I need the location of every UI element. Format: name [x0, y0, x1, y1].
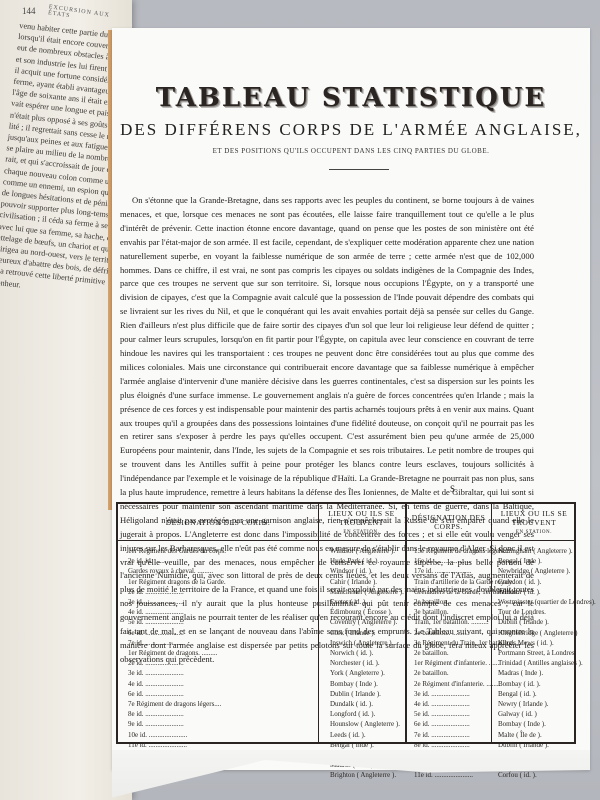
- header-label: DÉSIGNATION DES CORPS.: [166, 518, 271, 527]
- table-cell-corps: 10e id. ......................: [128, 730, 226, 740]
- statistics-table: DÉSIGNATION DES CORPS. LIEUX OU ILS SE T…: [116, 502, 576, 744]
- table-cell-lieu: Norwich ( id. ).: [330, 648, 404, 658]
- header-label: DÉSIGNATION DES CORPS.: [406, 513, 491, 531]
- table-cell-corps: 3e id. ......................: [128, 597, 226, 607]
- table-cell-lieu: Dublin ( Irlande ).: [498, 740, 596, 750]
- table-cell-corps: 5e id. ......................: [128, 617, 226, 627]
- table-cell-lieu: Windsor ( Angleterre ).: [330, 546, 404, 556]
- table-cell-lieu: York ( Angleterre ).: [330, 668, 404, 678]
- header-label: LIEUX OU ILS SE TROUVENT: [318, 509, 405, 527]
- header-corps-left: DÉSIGNATION DES CORPS.: [118, 504, 318, 540]
- header-lieux-right: LIEUX OU ILS SE TROUVENTEN STATION.: [492, 504, 576, 540]
- header-sublabel: EN STATION.: [343, 530, 379, 535]
- table-cell-lieu: Madras ( Inde ).: [498, 668, 596, 678]
- table-cell-corps: 2e id. id. ........: [128, 556, 226, 566]
- table-cell-lieu: Knightsbridge ( Angleterre ): [498, 628, 596, 638]
- header-label: LIEUX OU ILS SE TROUVENT: [492, 509, 576, 527]
- table-cell-lieu: Dublin ( Irlande ).: [498, 617, 596, 627]
- table-cell-lieu: Ipswich ( Angleterre ).: [330, 638, 404, 648]
- table-cell-lieu: Bombay ( id. ).: [498, 679, 596, 689]
- table-cell-lieu: Westminster (quartier de Londres).: [498, 597, 596, 607]
- header-divider: [118, 540, 574, 541]
- table-cell-corps: 4e id. ......................: [128, 607, 226, 617]
- table-cell-lieu: Norchester ( id. ).: [330, 658, 404, 668]
- folded-sheet: TABLEAU STATISTIQUE DES DIFFÉRENS CORPS …: [112, 28, 590, 770]
- table-cell-lieu: Cork ( Irlande ).: [330, 628, 404, 638]
- table-cell-lieu: Manchester ( Angleterre ).: [330, 587, 404, 597]
- table-cell-lieu: Bombay ( Inde ).: [498, 719, 596, 729]
- title-divider: [329, 169, 389, 170]
- page-number: 144: [22, 6, 36, 16]
- table-cell-corps: 7e id. ......................: [128, 638, 226, 648]
- table-cell-corps: 1er Régiment des Gardes du corps.: [128, 546, 226, 556]
- header-corps-right: DÉSIGNATION DES CORPS.: [406, 504, 491, 540]
- header-lieux-left: LIEUX OU ILS SE TROUVENTEN STATION.: [318, 504, 405, 540]
- table-cell-lieu: Dundalk ( id. ).: [330, 699, 404, 709]
- table-cell-lieu: Bombay ( Inde ).: [330, 679, 404, 689]
- table-cell-lieu: Coventry ( Angleterre ).: [330, 617, 404, 627]
- table-cell-lieu: Windsor ( id. ).: [498, 587, 596, 597]
- table-cell-lieu: Longford ( id. ).: [330, 709, 404, 719]
- table-cell-lieu: Brighton ( Angleterre ).: [330, 770, 404, 780]
- table-cell-lieu: Bengal ( Inde ).: [498, 556, 596, 566]
- table-cell-corps: 6e id. ......................: [128, 689, 226, 699]
- table-cell-lieu: Galway ( id. ): [498, 709, 596, 719]
- table-cell-corps: 3e id. ......................: [128, 668, 226, 678]
- table-cell-corps: 2e id. ......................: [128, 658, 226, 668]
- table-cell-lieu: Newry ( Irlande ).: [498, 699, 596, 709]
- table-cell-corps: 6e id. ......................: [128, 628, 226, 638]
- document-subtitle: DES DIFFÉRENS CORPS DE L'ARMÉE ANGLAISE,: [112, 120, 590, 140]
- left-corps-column: 1er Régiment des Gardes du corps.2e id. …: [128, 546, 226, 781]
- table-cell-lieu: Leeds ( id. ).: [330, 730, 404, 740]
- table-cell-lieu: Dublin ( Irlande ).: [330, 689, 404, 699]
- table-cell-lieu: Portmann Street, à Londres.: [498, 648, 596, 658]
- table-cell-lieu: Édimbourg ( Écosse ).: [330, 607, 404, 617]
- table-cell-corps: Gardes royaux à cheval. .........: [128, 566, 226, 576]
- table-cell-lieu: Newbridge ( Angleterre ).: [498, 566, 596, 576]
- table-cell-corps: 11e id. ......................: [128, 740, 226, 750]
- header-sublabel: EN STATION.: [516, 530, 552, 535]
- table-cell-lieu: Windsor ( id. ).: [330, 566, 404, 576]
- table-cell-lieu: Bengal ( id. ).: [498, 689, 596, 699]
- table-cell-corps: 4e id. ......................: [128, 679, 226, 689]
- table-cell-lieu: Exeter ( id. ).: [330, 597, 404, 607]
- table-cell-corps: 7e Régiment de dragons légers....: [128, 699, 226, 709]
- table-cell-lieu: Hyde-Park ( id. ).: [330, 556, 404, 566]
- table-cell-lieu: Corfou ( id. ).: [498, 770, 596, 780]
- signature: S.: [450, 484, 457, 494]
- left-lieux-column: Windsor ( Angleterre ).Hyde-Park ( id. )…: [330, 546, 404, 781]
- document-title: TABLEAU STATISTIQUE: [112, 83, 590, 113]
- table-cell-corps: 1er Régiment dragons de la Garde.: [128, 577, 226, 587]
- document-subtitle-small: ET DES POSITIONS QU'ILS OCCUPENT DANS LE…: [112, 147, 590, 155]
- table-cell-lieu: Bengal ( Inde ).: [330, 740, 404, 750]
- table-cell-lieu: King's Mews ( id. ).: [498, 638, 596, 648]
- table-cell-corps: 9e id. ......................: [128, 719, 226, 729]
- table-cell-corps: 8e id. ......................: [128, 709, 226, 719]
- right-lieux-column: Nottingham ( Angleterre ).Bengal ( Inde …: [498, 546, 596, 781]
- table-cell-lieu: Malte ( Île de ).: [498, 730, 596, 740]
- table-cell-lieu: Tour de Londres.: [498, 607, 596, 617]
- table-cell-corps: 2e id. ......................: [128, 587, 226, 597]
- table-cell-lieu: Trinidad ( Antilles anglaises ).: [498, 658, 596, 668]
- table-cell-lieu: Cahir ( Irlande ).: [330, 577, 404, 587]
- table-cell-lieu: Hounslow ( Angleterre ).: [330, 719, 404, 729]
- table-cell-lieu: Croydon ( id. ).: [498, 577, 596, 587]
- table-cell-corps: 1er Régiment de dragons. .........: [128, 648, 226, 658]
- table-cell-lieu: Nottingham ( Angleterre ).: [498, 546, 596, 556]
